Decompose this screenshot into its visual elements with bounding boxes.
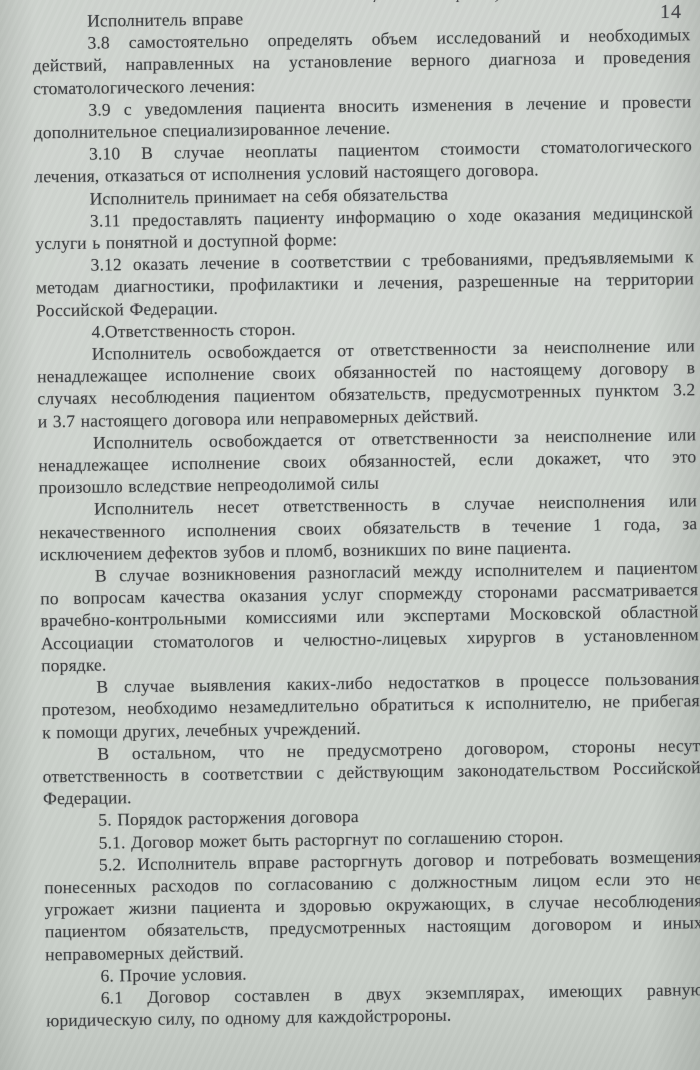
contract-text-block: Исполнитель вправе3.8 самостоятельно опр… (0, 1, 700, 1032)
